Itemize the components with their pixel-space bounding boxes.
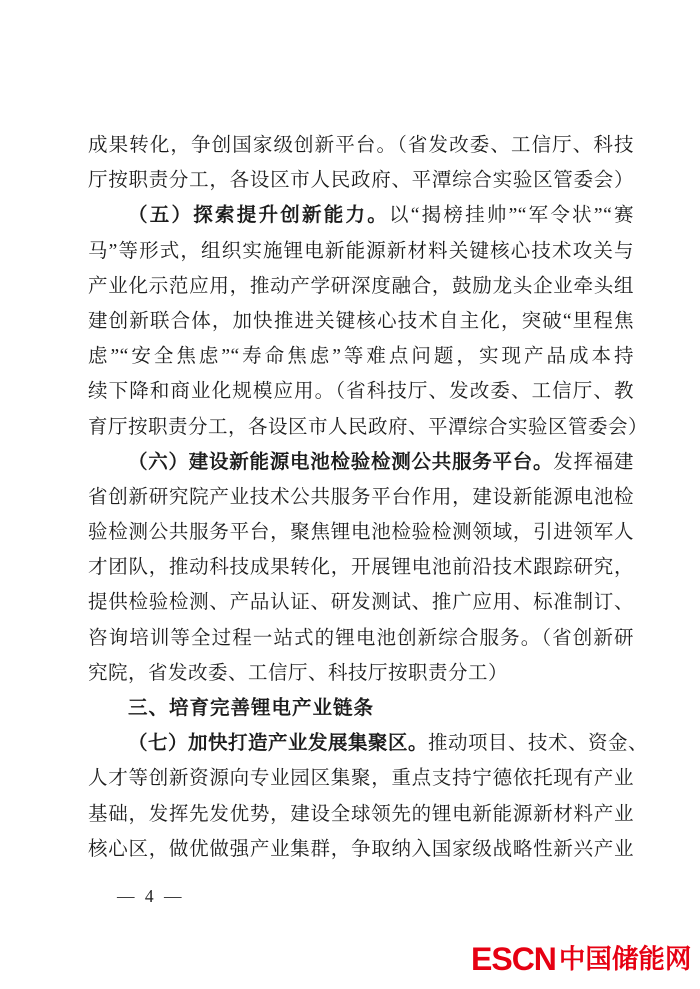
text-line: 虑”“安全焦虑”“寿命焦虑”等难点问题，实现产品成本持	[88, 339, 634, 374]
page-number: — 4 —	[117, 886, 185, 907]
text-line: 核心区，做优做强产业集群，争取纳入国家级战略性新兴产业	[88, 832, 634, 867]
text-line: 人才等创新资源向专业园区集聚，重点支持宁德依托现有产业	[88, 761, 634, 796]
body-text: 续下降和商业化规模应用。（省科技厅、发改委、工信厅、教	[88, 381, 634, 402]
text-line: 成果转化，争创国家级创新平台。（省发改委、工信厅、科技	[88, 128, 634, 163]
text-line: 厅按职责分工，各设区市人民政府、平潭综合实验区管委会）	[88, 163, 634, 198]
bold-lead-text: （六）建设新能源电池检验检测公共服务平台。	[128, 452, 553, 473]
body-text: 核心区，做优做强产业集群，争取纳入国家级战略性新兴产业	[88, 839, 634, 860]
section-heading: 三、培育完善锂电产业链条	[88, 691, 634, 726]
bold-lead-text: 三、培育完善锂电产业链条	[128, 697, 374, 719]
text-line: 省创新研究院产业技术公共服务平台作用，建设新能源电池检	[88, 480, 634, 515]
body-text: 建创新联合体，加快推进关键核心技术自主化，突破“里程焦	[88, 311, 634, 332]
body-text: 提供检验检测、产品认证、研发测试、推广应用、标准制订、	[88, 592, 634, 613]
body-text: 基础，发挥先发优势，建设全球领先的锂电新能源新材料产业	[88, 804, 634, 825]
text-line: 马”等形式，组织实施锂电新能源新材料关键核心技术攻关与	[88, 234, 634, 269]
body-text: 虑”“安全焦虑”“寿命焦虑”等难点问题，实现产品成本持	[88, 346, 634, 367]
text-line: （六）建设新能源电池检验检测公共服务平台。发挥福建	[88, 445, 634, 480]
bold-lead-text: （五）探索提升创新能力。	[128, 205, 389, 226]
body-text: 才团队，推动科技成果转化，开展锂电池前沿技术跟踪研究，	[88, 557, 634, 578]
text-line: 才团队，推动科技成果转化，开展锂电池前沿技术跟踪研究，	[88, 550, 634, 585]
bold-lead-text: （七）加快打造产业发展集聚区。	[128, 733, 428, 754]
text-line: 究院，省发改委、工信厅、科技厅按职责分工）	[88, 656, 634, 691]
body-text: 育厅按职责分工，各设区市人民政府、平潭综合实验区管委会）	[88, 417, 648, 438]
text-line: （七）加快打造产业发展集聚区。推动项目、技术、资金、	[88, 726, 634, 761]
text-line: （五）探索提升创新能力。以“揭榜挂帅”“军令状”“赛	[88, 198, 634, 233]
text-line: 续下降和商业化规模应用。（省科技厅、发改委、工信厅、教	[88, 374, 634, 409]
text-line: 产业化示范应用，推动产学研深度融合，鼓励龙头企业牵头组	[88, 269, 634, 304]
body-text: 人才等创新资源向专业园区集聚，重点支持宁德依托现有产业	[88, 768, 634, 789]
body-text: 以“揭榜挂帅”“军令状”“赛	[389, 205, 634, 226]
body-text: 马”等形式，组织实施锂电新能源新材料关键核心技术攻关与	[88, 241, 634, 262]
text-line: 提供检验检测、产品认证、研发测试、推广应用、标准制订、	[88, 585, 634, 620]
body-text: 成果转化，争创国家级创新平台。（省发改委、工信厅、科技	[88, 135, 634, 156]
escn-logo-text-zh: 中国储能网	[559, 946, 692, 973]
body-text: 究院，省发改委、工信厅、科技厅按职责分工）	[88, 663, 508, 684]
body-text: 厅按职责分工，各设区市人民政府、平潭综合实验区管委会）	[88, 170, 634, 191]
body-text: 咨询培训等全过程一站式的锂电池创新综合服务。（省创新研	[88, 628, 634, 649]
body-text: 省创新研究院产业技术公共服务平台作用，建设新能源电池检	[88, 487, 634, 508]
escn-logo-text-en: ESCN	[471, 943, 556, 975]
body-text: 推动项目、技术、资金、	[428, 733, 648, 754]
escn-logo: ESCN 中国储能网	[471, 940, 691, 978]
text-line: 育厅按职责分工，各设区市人民政府、平潭综合实验区管委会）	[88, 410, 634, 445]
text-line: 咨询培训等全过程一站式的锂电池创新综合服务。（省创新研	[88, 621, 634, 656]
document-page: 成果转化，争创国家级创新平台。（省发改委、工信厅、科技厅按职责分工，各设区市人民…	[0, 0, 700, 989]
text-line: 建创新联合体，加快推进关键核心技术自主化，突破“里程焦	[88, 304, 634, 339]
text-line: 验检测公共服务平台，聚焦锂电池检验检测领域，引进领军人	[88, 515, 634, 550]
body-text: 发挥福建	[553, 452, 634, 473]
document-body: 成果转化，争创国家级创新平台。（省发改委、工信厅、科技厅按职责分工，各设区市人民…	[88, 128, 634, 867]
body-text: 验检测公共服务平台，聚焦锂电池检验检测领域，引进领军人	[88, 522, 634, 543]
body-text: 产业化示范应用，推动产学研深度融合，鼓励龙头企业牵头组	[88, 276, 634, 297]
text-line: 基础，发挥先发优势，建设全球领先的锂电新能源新材料产业	[88, 797, 634, 832]
